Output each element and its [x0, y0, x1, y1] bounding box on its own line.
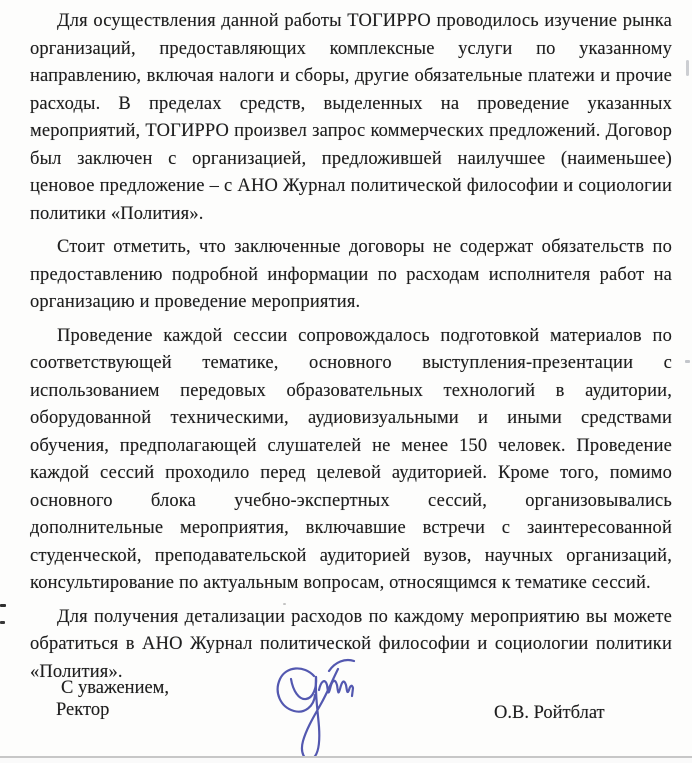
closing-salutation: С уважением,	[61, 676, 169, 700]
paragraph-market-study: Для осуществления данной работы ТОГИРРО …	[30, 8, 672, 228]
scanned-letter-page: Для осуществления данной работы ТОГИРРО …	[0, 0, 692, 763]
scan-artifact-speck-2	[283, 603, 286, 605]
signature-oval-stroke	[278, 668, 315, 711]
scan-artifact-right-mark-1	[686, 60, 689, 76]
scan-artifact-speck-1	[466, 337, 469, 340]
letter-body: Для осуществления данной работы ТОГИРРО …	[0, 0, 692, 692]
signature-dash-stroke	[329, 660, 354, 671]
signature-squiggle-stroke	[319, 681, 353, 696]
signature-u-stroke	[291, 677, 316, 699]
paragraph-contract-note: Стоит отметить, что заключенные договоры…	[30, 234, 672, 317]
handwritten-signature-ink	[272, 645, 364, 763]
scan-artifact-bottom-strip	[0, 758, 692, 763]
scan-artifact-left-mark-1	[0, 604, 6, 607]
closing-title-rector: Ректор	[56, 698, 109, 722]
scan-artifact-right-mark-2	[685, 360, 690, 363]
paragraph-session-description: Проведение каждой сессии сопровождалось …	[30, 323, 672, 598]
scan-artifact-left-mark-2	[0, 621, 5, 624]
signatory-name: О.В. Ройтблат	[494, 701, 605, 725]
